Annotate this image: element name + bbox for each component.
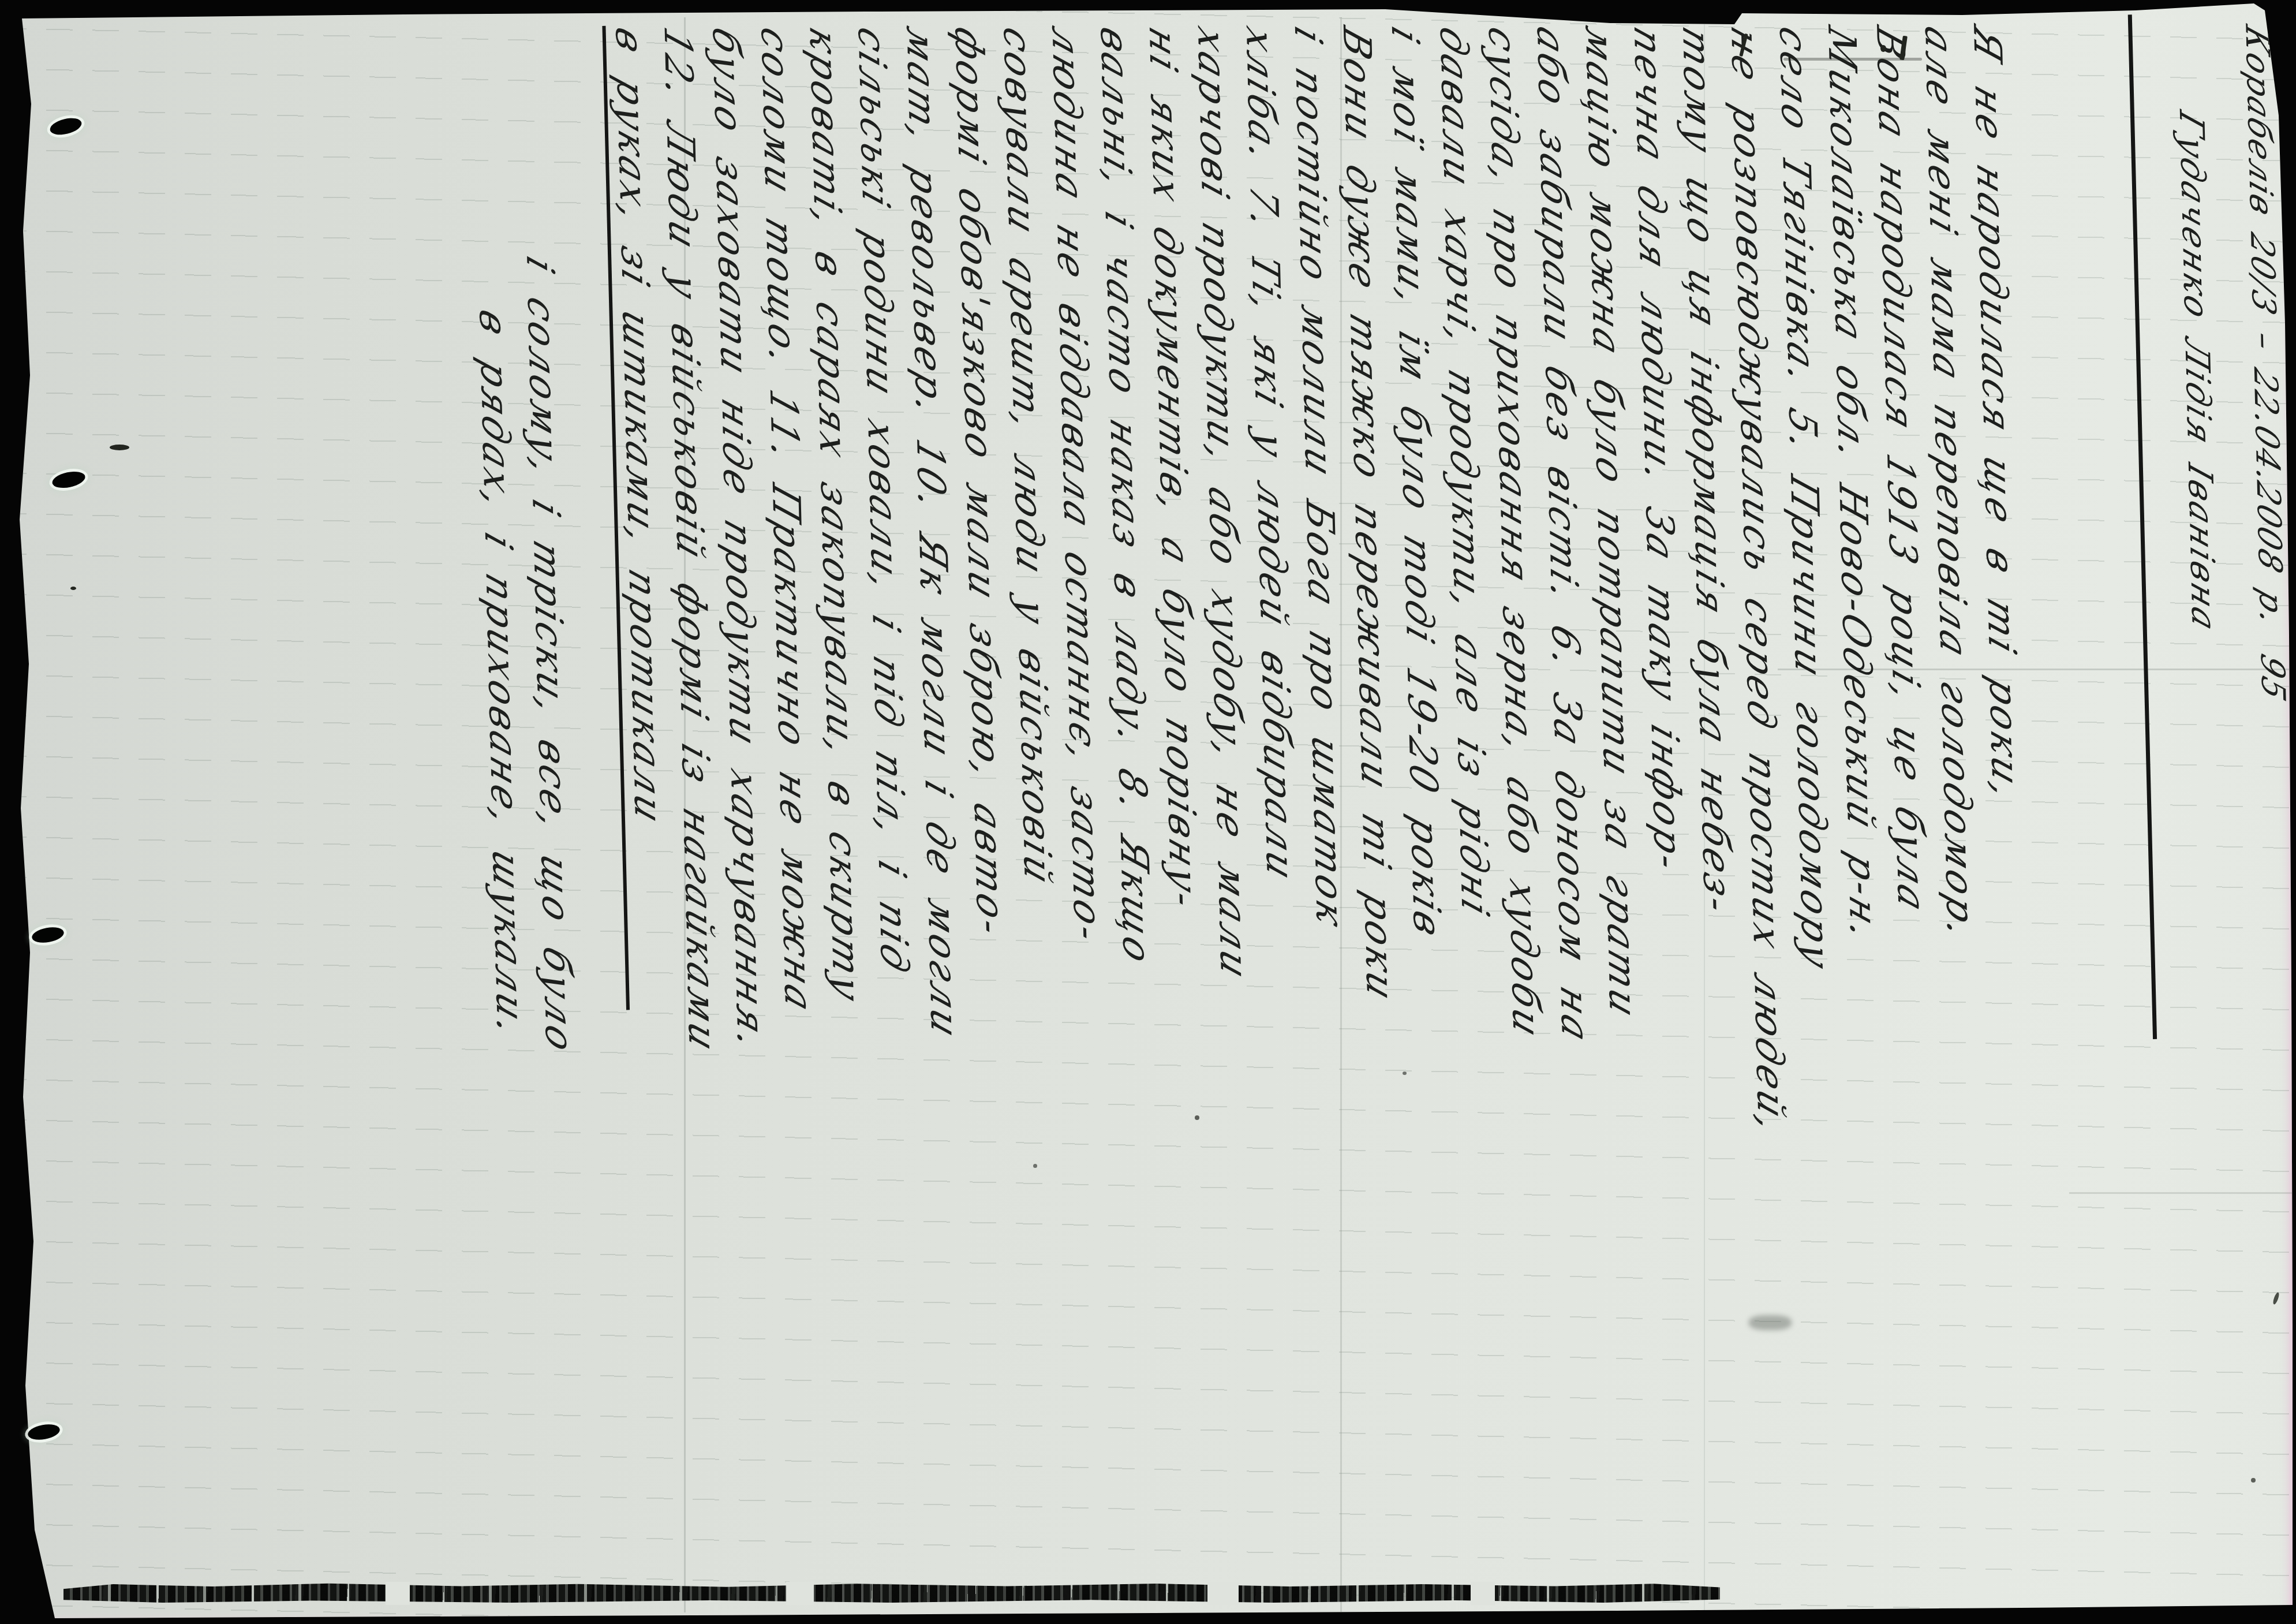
ink-speck [70, 587, 76, 590]
ink-speck [1195, 1115, 1199, 1120]
paper-sheet: Корабелів 20/3 – 22.04.2008 р.95 Гудачен… [0, 0, 2296, 1624]
pencil-smudge [1749, 1315, 1792, 1330]
noise-band-gap [786, 1582, 814, 1605]
dateline-text: Корабелів 20/3 – 22.04.2008 р. [2238, 21, 2290, 633]
author-name: Гудаченко Лідія Іванівна [2172, 106, 2224, 639]
noise-band-gap [1207, 1582, 1239, 1605]
ink-speck [1403, 1072, 1407, 1075]
noise-band-gap [1471, 1582, 1495, 1605]
ink-speck [2251, 1478, 2256, 1483]
ink-speck [1783, 58, 1922, 61]
ink-speck [1033, 1164, 1037, 1168]
ink-speck [1880, 45, 1886, 52]
dateline: Корабелів 20/3 – 22.04.2008 р.95 [2238, 21, 2292, 707]
handwritten-text-block: Корабелів 20/3 – 22.04.2008 р.95 Гудачен… [12, 0, 2296, 1443]
ink-speck [110, 445, 129, 450]
header-underline [2128, 14, 2157, 1039]
scanned-document: Корабелів 20/3 – 22.04.2008 р.95 Гудачен… [0, 0, 2296, 1624]
page-number: 95 [2253, 649, 2292, 707]
noise-band-gap [386, 1582, 410, 1605]
